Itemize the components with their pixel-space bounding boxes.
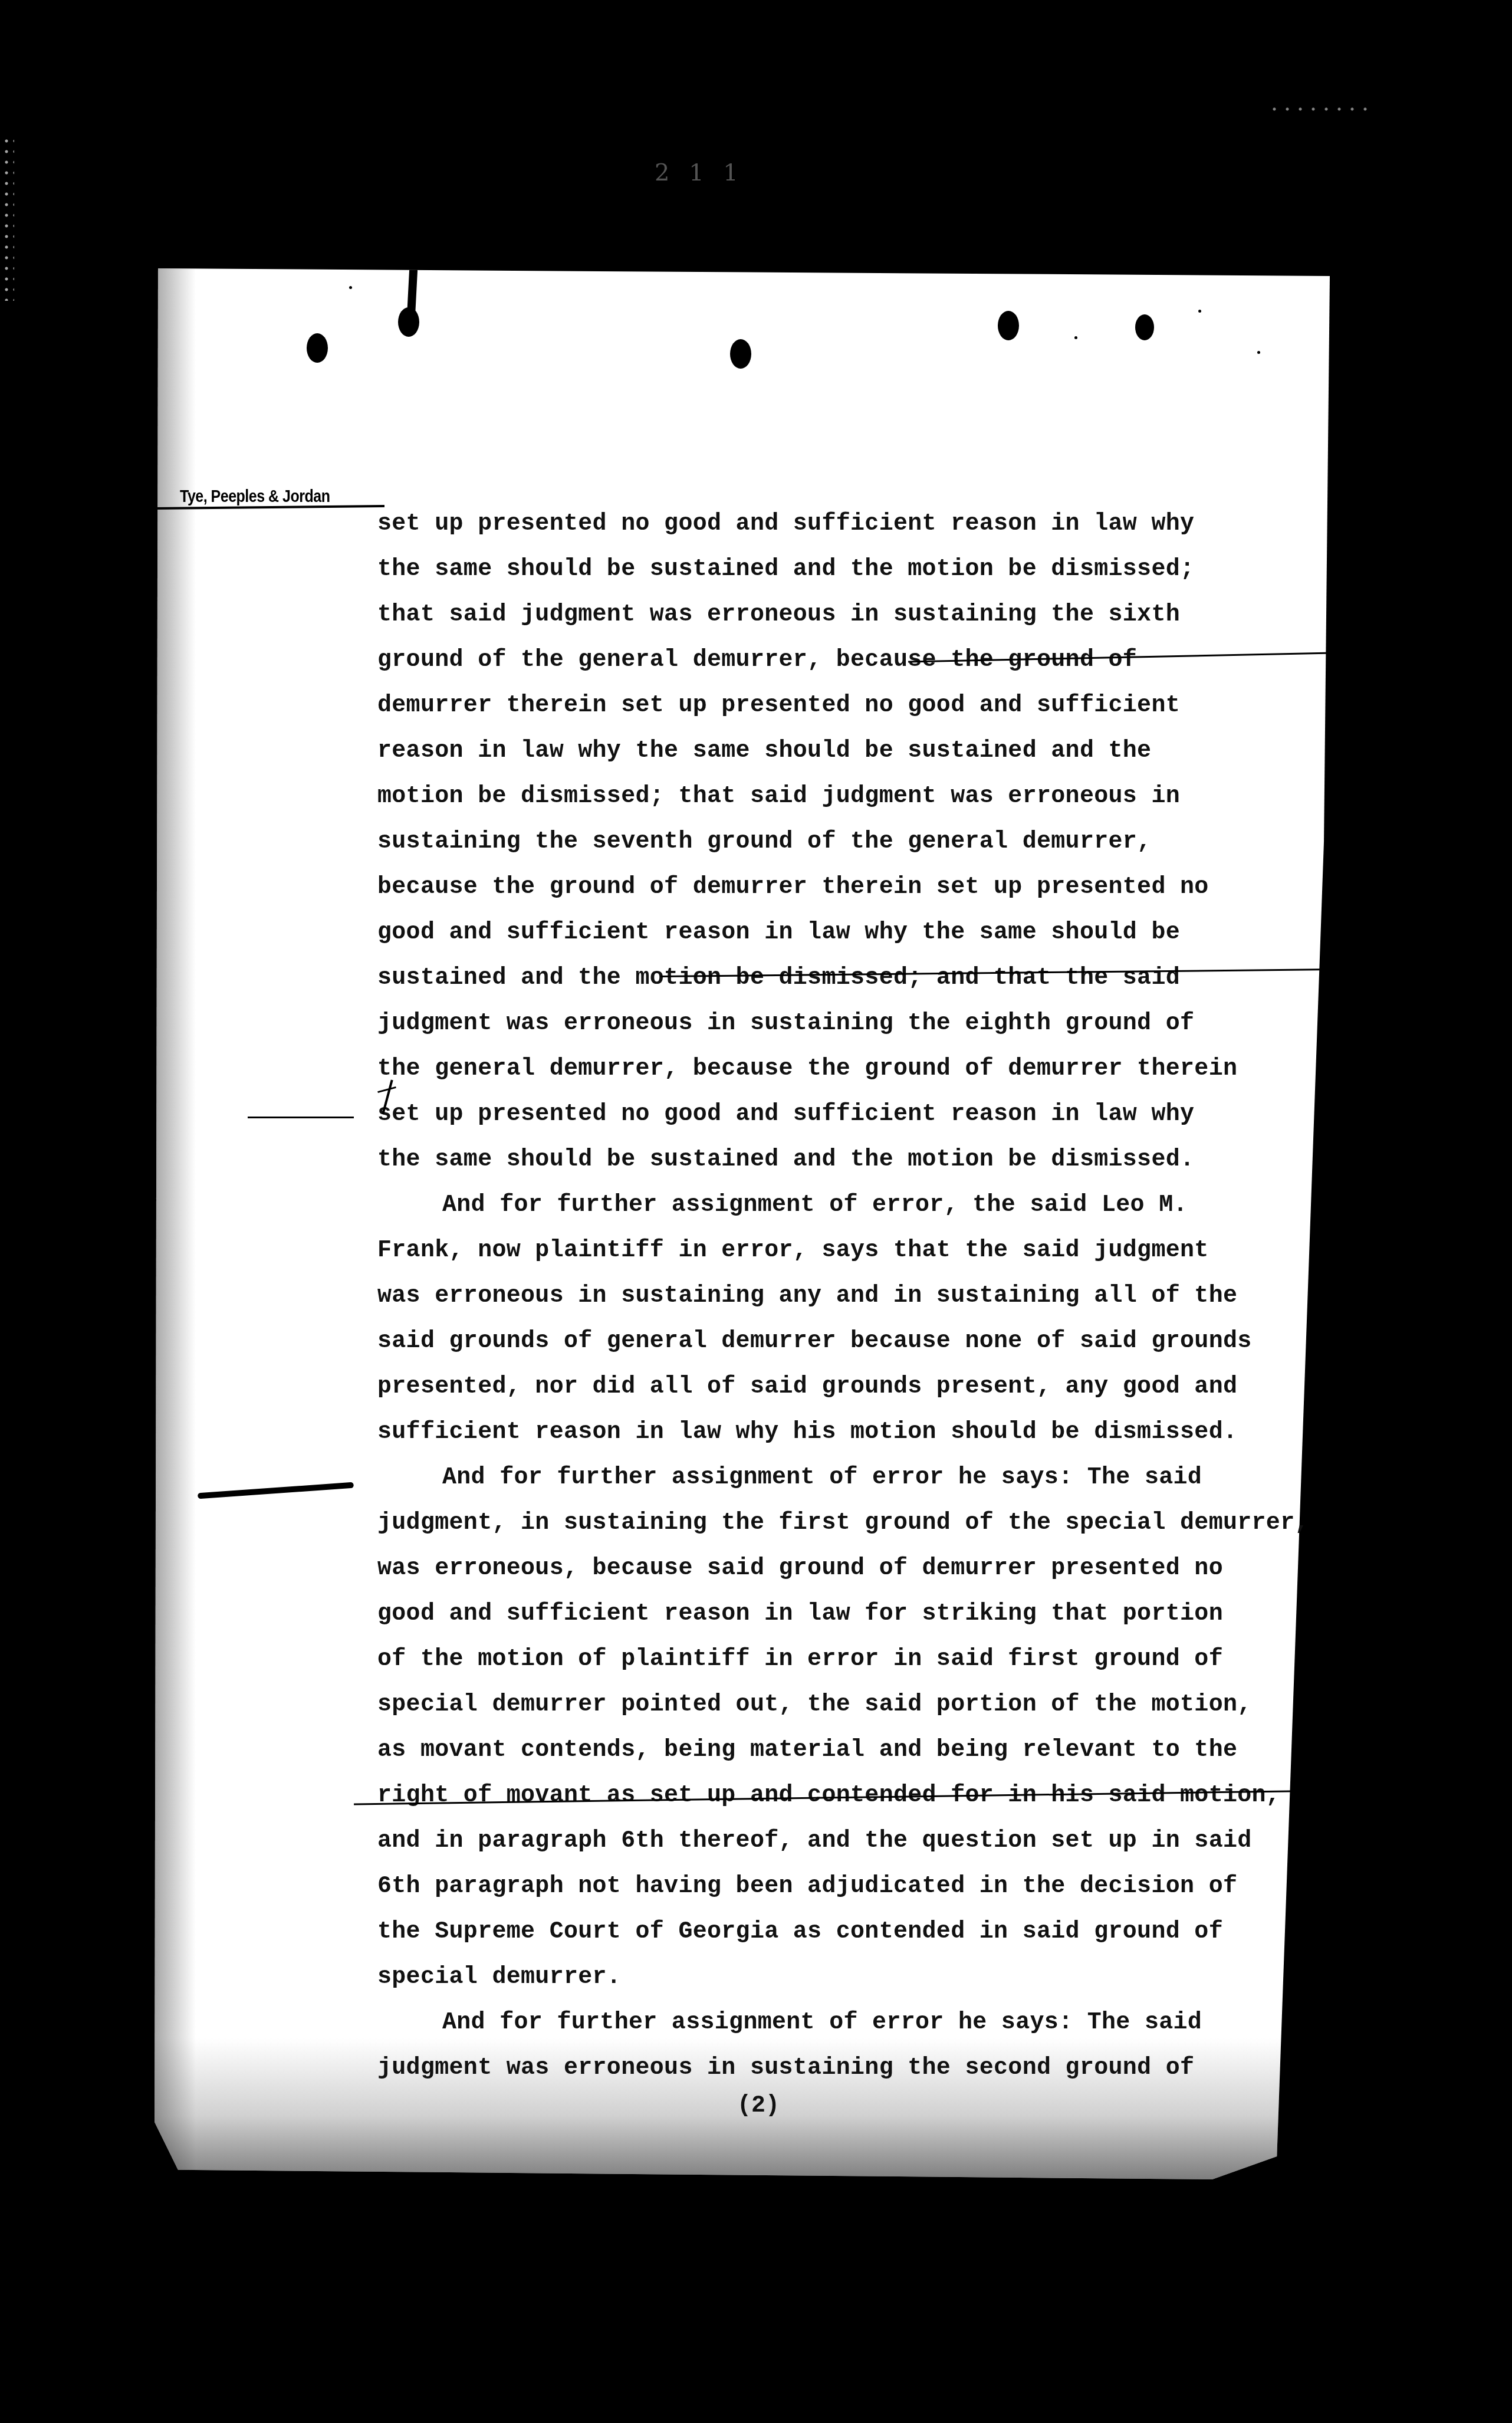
text-line: the same should be sustained and the mot… [377,1137,1250,1183]
text-line: ground of the general demurrer, because … [377,638,1250,683]
text-line: sustaining the seventh ground of the gen… [377,819,1250,865]
text-line: 6th paragraph not having been adjudicate… [377,1864,1250,1909]
text-line: set up presented no good and sufficient … [377,1092,1250,1137]
text-line: the Supreme Court of Georgia as contende… [377,1909,1250,1955]
punch-hole [307,333,328,363]
punch-hole [1135,314,1154,340]
text-line: the same should be sustained and the mot… [377,547,1250,592]
punch-hole [998,311,1019,340]
text-line: judgment was erroneous in sustaining the… [377,1001,1250,1046]
paragraph-start-line: And for further assignment of error, the… [377,1183,1250,1228]
text-line: reason in law why the same should be sus… [377,728,1250,774]
typed-body-text: set up presented no good and sufficient … [377,501,1250,2091]
text-line: demurrer therein set up presented no goo… [377,683,1250,728]
frame-number: 2 1 1 [655,159,744,186]
speck [1074,336,1077,339]
margin-tick-line [248,1117,354,1118]
speck [1198,310,1201,313]
text-line: good and sufficient reason in law why th… [377,910,1250,956]
text-line: judgment, in sustaining the first ground… [377,1501,1250,1546]
text-line: Frank, now plaintiff in error, says that… [377,1228,1250,1273]
text-line: and in paragraph 6th thereof, and the qu… [377,1818,1250,1864]
film-edge-marks-right [1268,106,1374,112]
text-line: motion be dismissed; that said judgment … [377,774,1250,819]
text-line: good and sufficient reason in law for st… [377,1591,1250,1637]
text-line: right of movant as set up and contended … [377,1773,1250,1818]
punch-hole [730,339,751,369]
speck [349,286,352,289]
page-number: (2) [737,2093,780,2119]
text-line: because the ground of demurrer therein s… [377,865,1250,910]
text-line: sufficient reason in law why his motion … [377,1410,1250,1455]
law-firm-name: Tye, Peeples & Jordan [180,487,330,507]
text-line: presented, nor did all of said grounds p… [377,1364,1250,1410]
text-line: of the motion of plaintiff in error in s… [377,1637,1250,1682]
text-line: set up presented no good and sufficient … [377,501,1250,547]
text-line: special demurrer pointed out, the said p… [377,1682,1250,1728]
paragraph-start-line: And for further assignment of error he s… [377,2000,1250,2046]
text-line: was erroneous, because said ground of de… [377,1546,1250,1591]
text-line: the general demurrer, because the ground… [377,1046,1250,1092]
text-line: as movant contends, being material and b… [377,1728,1250,1773]
punch-hole [398,307,419,337]
paragraph-start-line: And for further assignment of error he s… [377,1455,1250,1501]
speck [1257,351,1260,354]
text-line: that said judgment was erroneous in sust… [377,592,1250,638]
text-line: sustained and the motion be dismissed; a… [377,956,1250,1001]
film-edge-marks [2,136,14,301]
text-line: special demurrer. [377,1955,1250,2000]
text-line: was erroneous in sustaining any and in s… [377,1273,1250,1319]
text-line: said grounds of general demurrer because… [377,1319,1250,1364]
text-line: judgment was erroneous in sustaining the… [377,2046,1250,2091]
